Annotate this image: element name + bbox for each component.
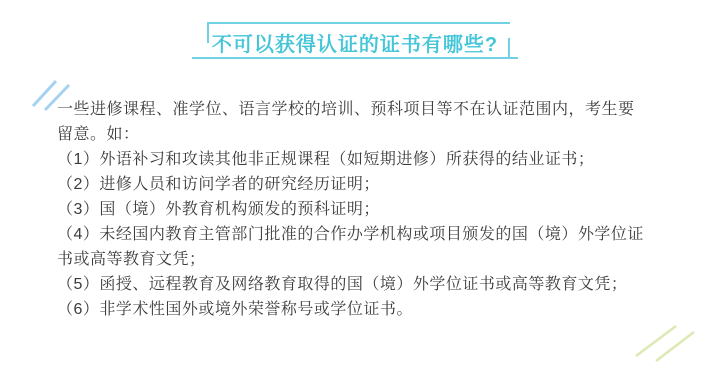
page-title: 不可以获得认证的证书有哪些?	[192, 28, 518, 57]
frame-top-line	[207, 22, 510, 24]
list-item-4: （4）未经国内教育主管部门批准的合作办学机构或项目颁发的国（境）外学位证书或高等…	[57, 222, 646, 272]
frame-bottom-line	[192, 57, 518, 59]
list-item-2: （2）进修人员和访问学者的研究经历证明；	[57, 172, 646, 197]
list-item-1: （1）外语补习和攻读其他非正规课程（如短期进修）所获得的结业证书；	[57, 147, 646, 172]
list-item-3: （3）国（境）外教育机构颁发的预科证明；	[57, 197, 646, 222]
decorative-slashes-icon-bottom-right	[630, 322, 696, 364]
content-text: 一些进修课程、准学位、语言学校的培训、预科项目等不在认证范围内，考生要留意。如：…	[57, 97, 646, 322]
list-item-5: （5）函授、远程教育及网络教育取得的国（境）外学位证书或高等教育文凭；	[57, 272, 646, 297]
list-item-6: （6）非学术性国外或境外荣誉称号或学位证书。	[57, 297, 646, 322]
title-frame: 不可以获得认证的证书有哪些?	[192, 22, 518, 59]
certificate-info-card: 不可以获得认证的证书有哪些? 一些进修课程、准学位、语言学校的培训、预科项目等不…	[0, 0, 709, 372]
intro-paragraph: 一些进修课程、准学位、语言学校的培训、预科项目等不在认证范围内，考生要留意。如：	[57, 97, 646, 147]
